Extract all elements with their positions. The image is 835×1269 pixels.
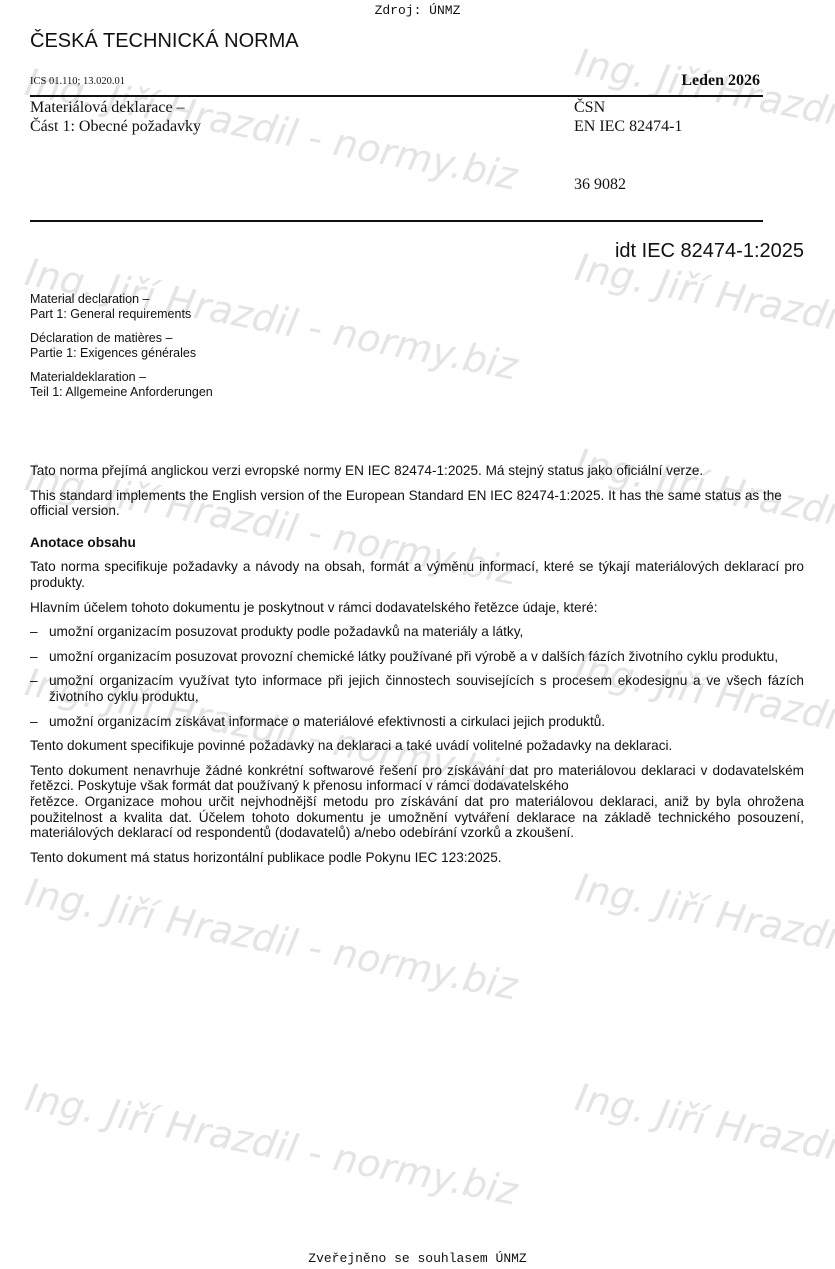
czech-title-line2: Část 1: Obecné požadavky — [30, 117, 201, 136]
dash-bullet-icon: – — [30, 673, 49, 704]
document-type-title: ČESKÁ TECHNICKÁ NORMA — [30, 30, 299, 53]
czech-title-line1: Materiálová deklarace – — [30, 98, 201, 117]
translation-english: Material declaration – Part 1: General r… — [30, 292, 213, 322]
purpose-paragraph: Hlavním účelem tohoto dokumentu je posky… — [30, 600, 804, 616]
document-body: Tato norma přejímá anglickou verzi evrop… — [30, 463, 804, 874]
classification-number: 36 9082 — [574, 176, 626, 194]
standard-number: EN IEC 82474-1 — [574, 117, 682, 136]
adoption-statement-en: This standard implements the English ver… — [30, 488, 804, 519]
software-paragraph-part1: Tento dokument nenavrhuje žádné konkrétn… — [30, 763, 804, 794]
list-item: – umožní organizacím získávat informace … — [30, 714, 804, 730]
list-item: – umožní organizacím posuzovat provozní … — [30, 649, 804, 665]
translation-french: Déclaration de matières – Partie 1: Exig… — [30, 331, 213, 361]
title-block-rule — [30, 220, 763, 222]
identity-designation: idt IEC 82474-1:2025 — [560, 240, 804, 263]
annotation-paragraph: Tato norma specifikuje požadavky a návod… — [30, 559, 804, 590]
requirements-paragraph: Tento dokument specifikuje povinné požad… — [30, 738, 804, 754]
standard-prefix: ČSN — [574, 98, 682, 117]
publication-consent-note: Zveřejněno se souhlasem ÚNMZ — [0, 1251, 835, 1266]
czech-title: Materiálová deklarace – Část 1: Obecné p… — [30, 98, 201, 136]
software-paragraph-part2: řetězce. Organizace mohou určit nejvhodn… — [30, 794, 804, 841]
dash-bullet-icon: – — [30, 624, 49, 640]
dash-bullet-icon: – — [30, 714, 49, 730]
adoption-statement-cz: Tato norma přejímá anglickou verzi evrop… — [30, 463, 804, 479]
translation-german: Materialdeklaration – Teil 1: Allgemeine… — [30, 370, 213, 400]
watermark: Ing. Jiří Hrazdil - normy.biz — [22, 1075, 522, 1214]
watermark: Ing. Jiří Hrazdil - normy.biz — [572, 1075, 835, 1214]
standard-designation: ČSN EN IEC 82474-1 — [574, 98, 682, 136]
list-item: – umožní organizacím posuzovat produkty … — [30, 624, 804, 640]
publication-date: Leden 2026 — [560, 72, 760, 90]
watermark: Ing. Jiří Hrazdil - normy.biz — [22, 870, 522, 1009]
annotation-heading: Anotace obsahu — [30, 535, 804, 551]
watermark: Ing. Jiří Hrazdil - normy.biz — [572, 865, 835, 1004]
title-translations: Material declaration – Part 1: General r… — [30, 292, 213, 409]
dash-bullet-icon: – — [30, 649, 49, 665]
watermark: Ing. Jiří Hrazdil - normy.biz — [572, 245, 835, 384]
list-item: – umožní organizacím využívat tyto infor… — [30, 673, 804, 704]
source-note: Zdroj: ÚNMZ — [0, 3, 835, 18]
ics-code: ICS 01.110; 13.020.01 — [30, 76, 125, 87]
horizontal-publication-paragraph: Tento dokument má status horizontální pu… — [30, 850, 804, 866]
header-rule — [30, 95, 763, 97]
